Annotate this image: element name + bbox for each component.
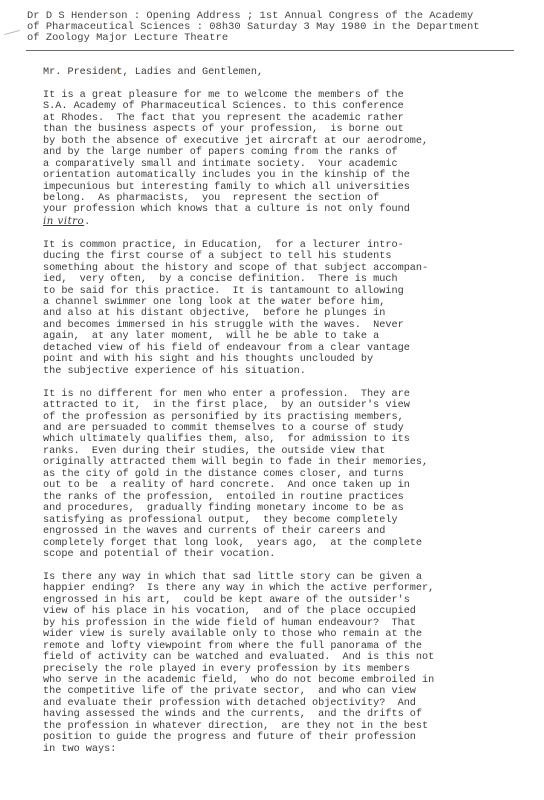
text-line: position to guide the progress and futur… bbox=[43, 732, 533, 743]
text-line: originally attracted them will begin to … bbox=[43, 457, 533, 468]
paragraph-4: Is there any way in which that sad littl… bbox=[43, 572, 533, 755]
text-line: Is there any way in which that sad littl… bbox=[43, 572, 533, 583]
header-line-3: of Zoology Major Lecture Theatre bbox=[27, 33, 228, 44]
header-rule bbox=[26, 50, 514, 51]
text-line: at Rhodes. The fact that you represent t… bbox=[43, 113, 533, 124]
text-line: view of his place in his vocation, and o… bbox=[43, 606, 533, 617]
document-page: Dr D S Henderson : Opening Address ; 1st… bbox=[0, 0, 544, 800]
text-line: as the city of gold in the distance come… bbox=[43, 469, 533, 480]
text-line: It is no different for men who enter a p… bbox=[43, 389, 533, 400]
text-line: who serve in the academic field, who do … bbox=[43, 675, 533, 686]
text-line: which ultimately qualifies them, also, f… bbox=[43, 434, 533, 445]
text-line: your profession which knows that a cultu… bbox=[43, 204, 533, 215]
text-line: detached view of his field of endeavour … bbox=[43, 343, 533, 354]
handwritten-in-vitro: in vitro bbox=[43, 216, 84, 227]
text-line: ducing the first course of a subject to … bbox=[43, 251, 533, 262]
text-line: by both the absence of executive jet air… bbox=[43, 136, 533, 147]
document-body: Mr. President, Ladies and Gentlemen, It … bbox=[43, 67, 533, 767]
text-line: ied, very often, by a concise definition… bbox=[43, 274, 533, 285]
text-line: and procedures, gradually finding moneta… bbox=[43, 503, 533, 514]
text-line: field of activity can be watched and eva… bbox=[43, 652, 533, 663]
text-line: engrossed in the waves and currents of t… bbox=[43, 526, 533, 537]
text-line: completely forget that long look, years … bbox=[43, 538, 533, 549]
text-line: satisfying as professional output, they … bbox=[43, 515, 533, 526]
text-line-closing: in vitro. bbox=[43, 216, 533, 228]
text-line: and also at his distant objective, befor… bbox=[43, 308, 533, 319]
text-line: and by the large number of papers coming… bbox=[43, 147, 533, 158]
text-line: precisely the role played in every profe… bbox=[43, 664, 533, 675]
text-line: by his profession in the wide field of h… bbox=[43, 618, 533, 629]
text-line: scope and potential of their vocation. bbox=[43, 549, 533, 560]
text-line: impecunious but interesting family to wh… bbox=[43, 182, 533, 193]
text-line: and becomes immersed in his struggle wit… bbox=[43, 320, 533, 331]
paragraph-2: It is common practice, in Education, for… bbox=[43, 240, 533, 377]
text-line: remote and lofty viewpoint from where th… bbox=[43, 641, 533, 652]
text-line: the competitive life of the private sect… bbox=[43, 686, 533, 697]
document-header: Dr D S Henderson : Opening Address ; 1st… bbox=[27, 11, 532, 44]
text-line: ranks. Even during their studies, the ou… bbox=[43, 446, 533, 457]
paragraph-3: It is no different for men who enter a p… bbox=[43, 389, 533, 561]
text-line: the profession in whatever direction, ar… bbox=[43, 721, 533, 732]
text-line: orientation automatically includes you i… bbox=[43, 170, 533, 181]
text-line: happier ending? Is there any way in whic… bbox=[43, 583, 533, 594]
closing-punct: . bbox=[84, 217, 90, 228]
paragraph-1: It is a great pleasure for me to welcome… bbox=[43, 90, 533, 228]
text-line: the ranks of the profession, entoiled in… bbox=[43, 492, 533, 503]
text-line: engrossed in his art, could be kept awar… bbox=[43, 595, 533, 606]
text-line: belong. As pharmacists, you represent th… bbox=[43, 193, 533, 204]
text-line: and are persuaded to commit themselves t… bbox=[43, 423, 533, 434]
scan-mark bbox=[4, 30, 20, 35]
text-line: S.A. Academy of Pharmaceutical Sciences.… bbox=[43, 101, 533, 112]
text-line: a comparatively small and intimate socie… bbox=[43, 159, 533, 170]
text-line: It is common practice, in Education, for… bbox=[43, 240, 533, 251]
text-line: point and with his sight and his thought… bbox=[43, 354, 533, 365]
text-line: It is a great pleasure for me to welcome… bbox=[43, 90, 533, 101]
text-line: to be said for this practice. It is tant… bbox=[43, 286, 533, 297]
text-line: and evaluate their profession with detac… bbox=[43, 698, 533, 709]
text-line: than the business aspects of your profes… bbox=[43, 124, 533, 135]
text-line: something about the history and scope of… bbox=[43, 263, 533, 274]
text-line: in two ways: bbox=[43, 744, 533, 755]
text-line: of the profession as personified by its … bbox=[43, 412, 533, 423]
text-line: having assessed the winds and the curren… bbox=[43, 709, 533, 720]
text-line: the subjective experience of his situati… bbox=[43, 366, 533, 377]
text-line: attracted to it, in the first place, by … bbox=[43, 400, 533, 411]
text-line: wider view is surely available only to t… bbox=[43, 629, 533, 640]
text-line: again, at any later moment, will he be a… bbox=[43, 331, 533, 342]
text-line: a channel swimmer one long look at the w… bbox=[43, 297, 533, 308]
text-line: out to be a reality of hard concrete. An… bbox=[43, 480, 533, 491]
salutation: Mr. President, Ladies and Gentlemen, bbox=[43, 67, 533, 78]
